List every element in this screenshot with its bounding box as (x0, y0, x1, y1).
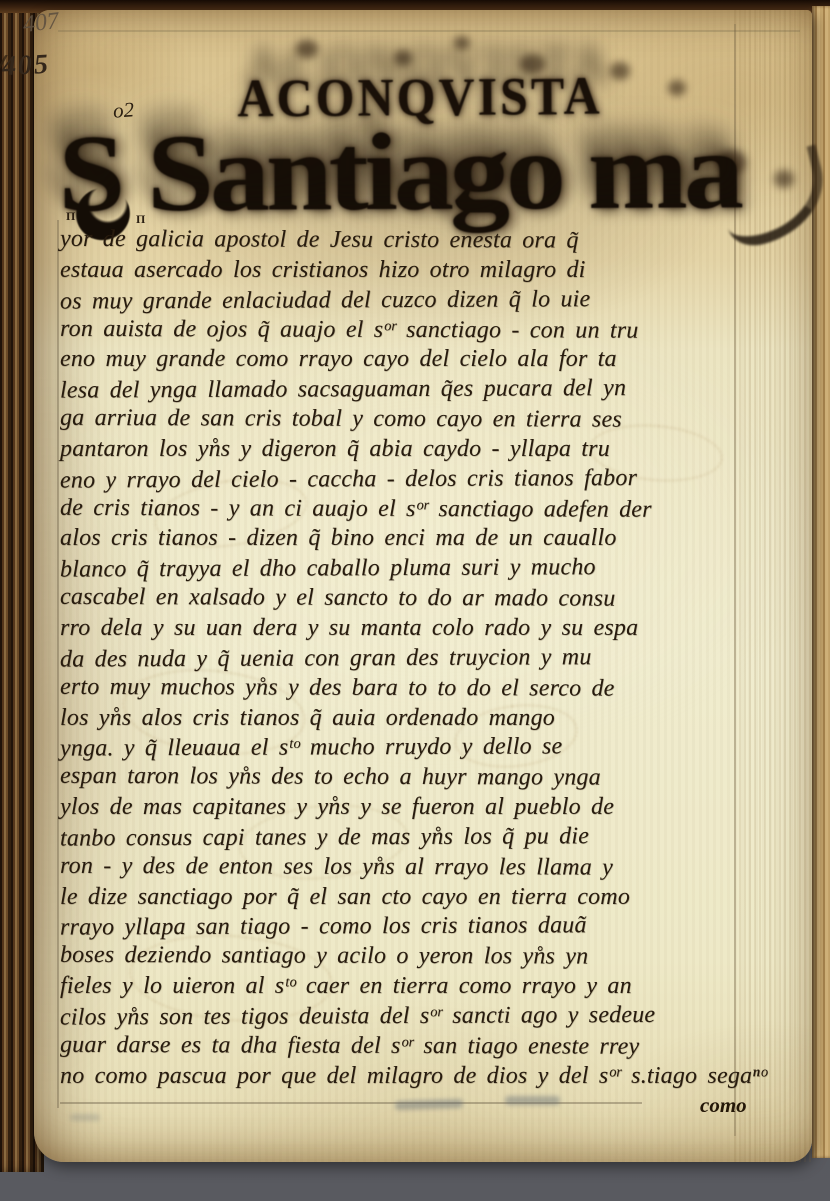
pencil-smudge (395, 1099, 463, 1110)
text-line: ron - y des de enton ses los yn̊s al rra… (60, 852, 768, 884)
text-line: espan taron los yn̊s des to echo a huyr … (60, 762, 768, 794)
text-line: boses deziendo santiago y acilo o yeron … (60, 941, 768, 973)
text-line: lesa del ynga llamado sacsaguaman q̃es p… (60, 374, 768, 407)
text-line: los yn̊s alos cris tianos q̃ auia ordena… (60, 704, 768, 734)
text-line: rro dela y su uan dera y su manta colo r… (60, 614, 768, 644)
text-line: eno muy grande como rrayo cayo del cielo… (60, 345, 768, 375)
text-line: eno y rrayo del cielo - caccha - delos c… (60, 463, 768, 496)
manuscript-page: o2 Π Π ACONQVISTA S Santiago ma yor de g… (34, 10, 812, 1162)
text-line: ylos de mas capitanes y yn̊s y se fueron… (60, 793, 768, 823)
folio-number-top: 407 (21, 8, 60, 39)
text-line: cilos yn̊s son tes tigos deuista del sᵒʳ… (60, 1000, 768, 1033)
text-line: rrayo yllapa san tiago - como los cris t… (60, 911, 768, 944)
catchword: como (700, 1093, 747, 1118)
text-line: yor de galicia apostol de Jesu cristo en… (60, 225, 768, 257)
text-line: blanco q̃ trayya el dho caballo pluma su… (60, 553, 768, 586)
text-line: ga arriua de san cris tobal y como cayo … (60, 404, 768, 436)
folio-number-edge: 405 (1, 49, 51, 83)
saint-title: S Santiago ma (58, 106, 809, 237)
text-line: erto muy muchos yn̊s y des bara to to do… (60, 673, 768, 705)
manuscript-scan: o2 Π Π ACONQVISTA S Santiago ma yor de g… (0, 0, 830, 1201)
manuscript-body: yor de galicia apostol de Jesu cristo en… (60, 226, 768, 1091)
text-line: le dize sanctiago por q̃ el san cto cayo… (60, 883, 768, 913)
text-line: alos cris tianos - dizen q̃ bino enci ma… (60, 524, 768, 554)
text-line: ron auista de ojos q̃ auajo el sᵒʳ sanct… (60, 314, 768, 346)
pencil-smudge (505, 1096, 560, 1105)
text-line: cascabel en xalsado y el sancto to do ar… (60, 583, 768, 615)
text-line: no como pascua por que del milagro de di… (60, 1062, 768, 1092)
text-line: da des nuda y q̃ uenia con gran des truy… (60, 642, 768, 675)
ruled-left-margin-line (57, 220, 59, 1108)
text-line: tanbo consus capi tanes y de mas yn̊s lo… (60, 821, 768, 854)
ruled-top-line (58, 30, 800, 32)
text-line: fieles y lo uieron al sᵗᵒ caer en tierra… (60, 972, 768, 1002)
text-line: os muy grande enlaciudad del cuzco dizen… (60, 284, 768, 317)
text-line: guar darse es ta dha fiesta del sᵒʳ san … (60, 1031, 768, 1063)
text-line: ynga. y q̃ lleuaua el sᵗᵒ mucho rruydo y… (60, 732, 768, 765)
text-line: de cris tianos - y an ci auajo el sᵒʳ sa… (60, 493, 768, 525)
pencil-smudge (70, 1114, 100, 1121)
text-line: estaua asercado los cristianos hizo otro… (60, 256, 768, 286)
text-line: pantaron los yn̊s y digeron q̃ abia cayd… (60, 435, 768, 465)
